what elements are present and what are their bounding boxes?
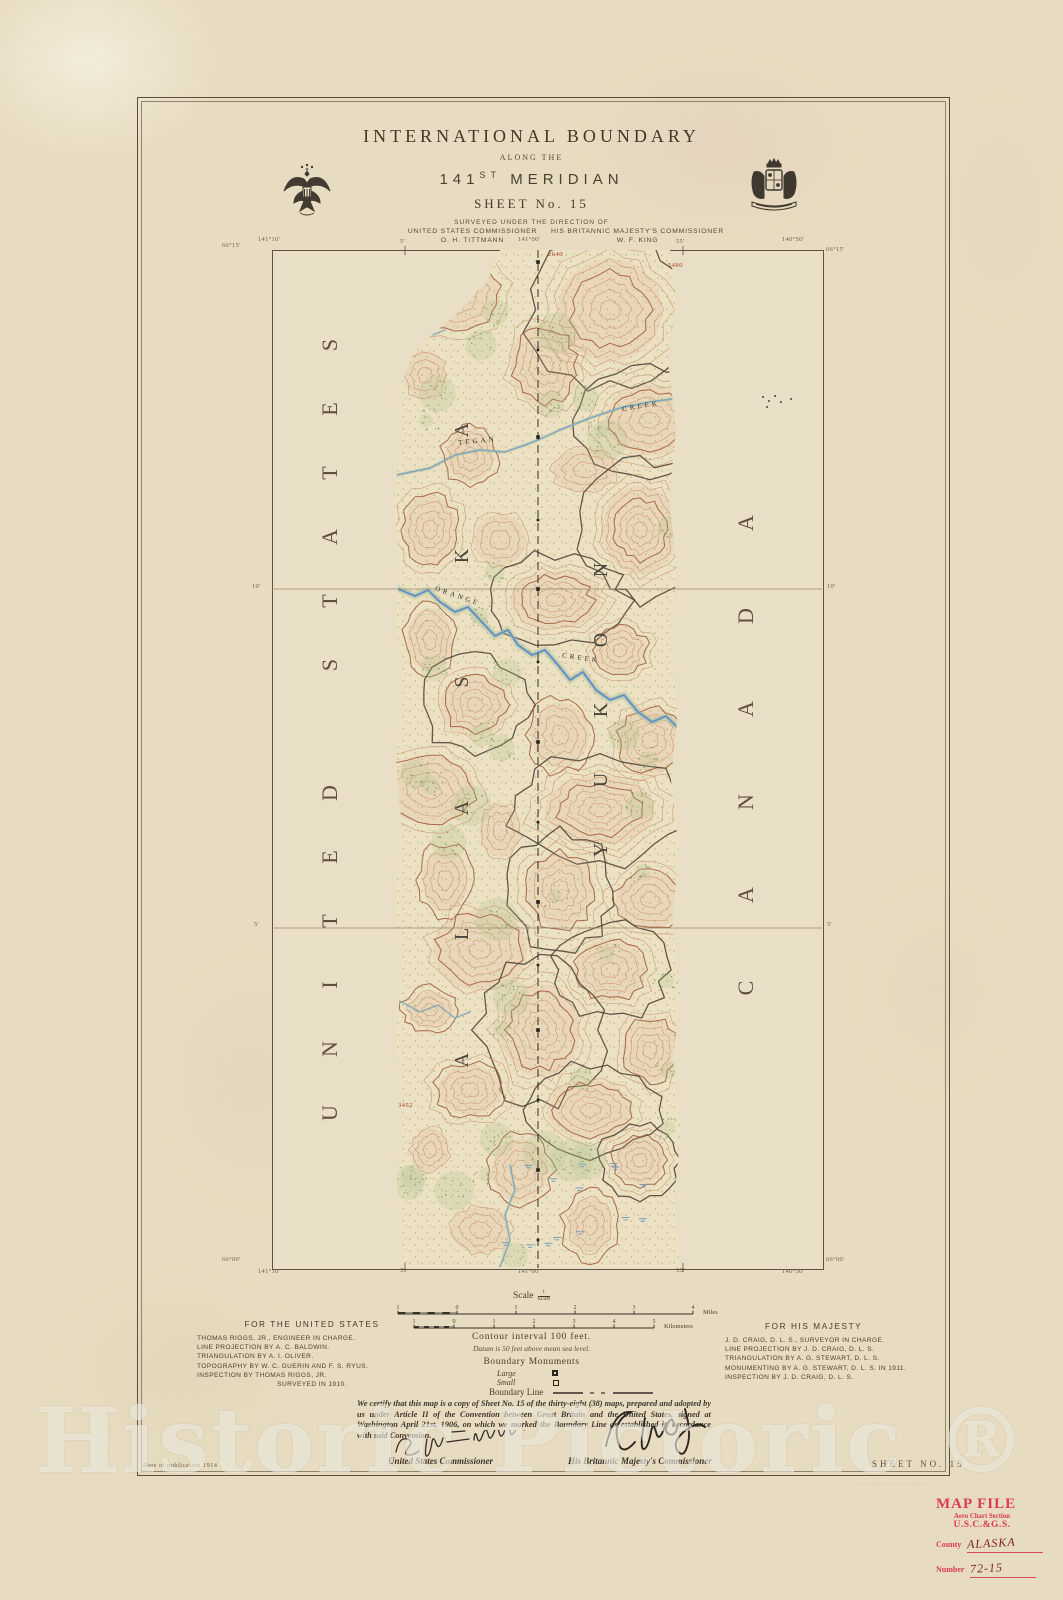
small-monument-symbol <box>553 1380 559 1386</box>
credits-uk-title: FOR HIS MAJESTY <box>725 1322 955 1331</box>
vertical-letter: E <box>315 842 345 872</box>
meridian-ordinal: ST <box>480 170 502 180</box>
meridian-word: MERIDIAN <box>510 171 623 188</box>
grid-label-lon: 140°50' <box>782 1268 804 1275</box>
grid-label-lat: 66°00' <box>826 1256 845 1263</box>
grid-label-lat: 66°15' <box>222 242 241 249</box>
vertical-letter: D <box>315 778 345 808</box>
vertical-letter: N <box>315 1034 345 1064</box>
spot-height: 3452 <box>398 1102 413 1109</box>
vertical-letter: S <box>315 330 345 360</box>
grid-label-lon: 141°10' <box>258 236 280 243</box>
map-title: INTERNATIONAL BOUNDARY <box>0 126 1063 147</box>
us-great-seal-emblem <box>280 161 334 219</box>
stamp-county-value: ALASKA <box>967 1535 1016 1553</box>
credits-us-title: FOR THE UNITED STATES <box>197 1320 427 1329</box>
vertical-letter: U <box>315 1098 345 1128</box>
credits-line: INSPECTION BY THOMAS RIGGS, JR. <box>197 1371 427 1380</box>
stamp-title: MAP FILE <box>936 1496 1063 1513</box>
grid-label-lon: 55' <box>676 238 685 245</box>
svg-text:1: 1 <box>515 1305 518 1311</box>
legend-small-label: Small <box>497 1378 515 1387</box>
vertical-letter: D <box>731 601 761 631</box>
uk-commissioner-name: W. F. KING <box>545 237 730 246</box>
vertical-letter: K <box>447 541 477 571</box>
miles-bar-svg: 101234 <box>396 1304 699 1318</box>
vertical-letter: O <box>586 625 616 655</box>
vertical-letter: A <box>315 522 345 552</box>
vertical-letter: A <box>731 694 761 724</box>
vertical-letter: Y <box>586 835 616 865</box>
grid-label-lon: 141°00' <box>518 236 540 243</box>
vertical-letter: U <box>586 765 616 795</box>
credits-line: SURVEYED IN 1910. <box>197 1380 427 1389</box>
credits-line: MONUMENTING BY A. G. STEWART, D. L. S. I… <box>725 1364 955 1373</box>
title-along-the: ALONG THE <box>0 153 1063 162</box>
credits-line: TRIANGULATION BY A. I. OLIVER. <box>197 1352 427 1361</box>
scale-word: Scale <box>513 1291 534 1301</box>
vertical-letter: L <box>447 919 477 949</box>
grid-label-lat-tick: 5' <box>827 921 832 928</box>
credits-line: TRIANGULATION BY A. G. STEWART, D. L. S. <box>725 1354 955 1363</box>
vertical-letter: E <box>315 394 345 424</box>
printer-imprint: ······························· <box>858 1481 930 1486</box>
royal-arms-emblem <box>746 156 802 216</box>
surveyed-under: SURVEYED UNDER THE DIRECTION OF <box>0 219 1063 226</box>
map-neatline <box>272 250 824 1270</box>
grid-label-lon: 5' <box>400 1267 405 1274</box>
credits-line: LINE PROJECTION BY J. D. CRAIG, D. L. S. <box>725 1345 955 1354</box>
vertical-letter: A <box>731 880 761 910</box>
sheet-number-footer: SHEET NO. 15 <box>872 1459 965 1469</box>
grid-label-lon: 5' <box>400 238 405 245</box>
kilometers-unit-label: Kilometers <box>664 1323 693 1330</box>
vertical-letter: A <box>447 1045 477 1075</box>
sheet-number-title: SHEET No. 15 <box>0 196 1063 212</box>
scale-ratio-denominator: 62500 <box>538 1297 551 1303</box>
svg-text:1: 1 <box>493 1319 496 1325</box>
svg-text:4: 4 <box>692 1305 695 1311</box>
credits-line: THOMAS RIGGS, JR., ENGINEER IN CHARGE. <box>197 1334 427 1343</box>
grid-label-lat-tick: 10' <box>827 583 836 590</box>
grid-label-lon: 141°10' <box>258 1268 280 1275</box>
legend-large-label: Large <box>497 1369 516 1378</box>
svg-text:2: 2 <box>533 1319 536 1325</box>
grid-label-lon: 141°00' <box>518 1268 540 1275</box>
credits-line: LINE PROJECTION BY A. C. BALDWIN. <box>197 1343 427 1352</box>
vertical-letter: I <box>315 970 345 1000</box>
vertical-letter: T <box>315 458 345 488</box>
svg-text:5: 5 <box>653 1319 656 1325</box>
credits-line: TOPOGRAPHY BY W. C. GUERIN AND F. S. RYU… <box>197 1362 427 1371</box>
archive-stamp: MAP FILE Aero Chart Section U.S.C.&G.S. … <box>936 1496 1063 1578</box>
credits-his-majesty: FOR HIS MAJESTY J. D. CRAIG, D. L. S., S… <box>725 1322 955 1382</box>
svg-text:4: 4 <box>613 1319 616 1325</box>
uk-commissioner-block: HIS BRITANNIC MAJESTY'S COMMISSIONER W. … <box>545 228 730 245</box>
stamp-county-label: County <box>936 1540 961 1549</box>
grid-label-lat: 66°00' <box>222 1256 241 1263</box>
spot-height: 2640 <box>548 251 563 258</box>
credits-line: INSPECTION BY J. D. CRAIG, D. L. S. <box>725 1373 955 1382</box>
svg-text:3: 3 <box>633 1305 636 1311</box>
svg-text:1: 1 <box>397 1305 400 1311</box>
us-signature-label: United States Commissioner <box>388 1456 493 1466</box>
uk-commissioner-title: HIS BRITANNIC MAJESTY'S COMMISSIONER <box>545 228 730 237</box>
vertical-letter: N <box>731 787 761 817</box>
grid-label-lon: 140°50' <box>782 236 804 243</box>
vertical-letter: S <box>447 667 477 697</box>
miles-unit-label: Miles <box>703 1309 718 1316</box>
stamp-section: Aero Chart Section <box>936 1513 1028 1520</box>
stamp-number-label: Number <box>936 1565 964 1574</box>
grid-label-lat-tick: 5' <box>254 921 259 928</box>
spot-height: 5480 <box>668 262 683 269</box>
map-sheet: INTERNATIONAL BOUNDARY ALONG THE 141ST M… <box>0 0 1063 1600</box>
kilometers-bar-svg: 1012345 <box>412 1318 660 1332</box>
large-monument-symbol <box>552 1370 558 1376</box>
scale-statement: Scale162500 <box>0 1290 1063 1302</box>
vertical-letter: C <box>731 973 761 1003</box>
vertical-letter: K <box>586 695 616 725</box>
svg-text:0: 0 <box>453 1319 456 1325</box>
uk-signature-label: His Britannic Majesty's Commissioner <box>568 1456 712 1466</box>
stamp-number-value: 72-15 <box>970 1560 1004 1577</box>
signature-king <box>596 1404 726 1460</box>
vertical-letter: T <box>315 906 345 936</box>
meridian-number: 141 <box>439 171 479 188</box>
svg-text:0: 0 <box>456 1305 459 1311</box>
svg-text:2: 2 <box>574 1305 577 1311</box>
svg-text:3: 3 <box>573 1319 576 1325</box>
credits-line: J. D. CRAIG, D. L. S., SURVEYOR IN CHARG… <box>725 1336 955 1345</box>
legend-line-label: Boundary Line <box>489 1387 543 1397</box>
grid-label-lon: 55' <box>676 1267 685 1274</box>
vertical-letter: S <box>315 650 345 680</box>
vertical-letter: A <box>731 508 761 538</box>
grid-label-lat: 66°15' <box>826 246 845 253</box>
vertical-letter: N <box>586 555 616 585</box>
credits-united-states: FOR THE UNITED STATES THOMAS RIGGS, JR.,… <box>197 1320 427 1389</box>
grid-label-lat-tick: 10' <box>252 583 261 590</box>
stamp-agency: U.S.C.&G.S. <box>936 1520 1028 1530</box>
title-meridian: 141ST MERIDIAN <box>0 170 1063 188</box>
boundary-line-symbol <box>553 1390 653 1396</box>
publication-date: Date of publication 1914 <box>143 1462 217 1469</box>
vertical-letter: T <box>315 586 345 616</box>
vertical-letter: A <box>447 793 477 823</box>
